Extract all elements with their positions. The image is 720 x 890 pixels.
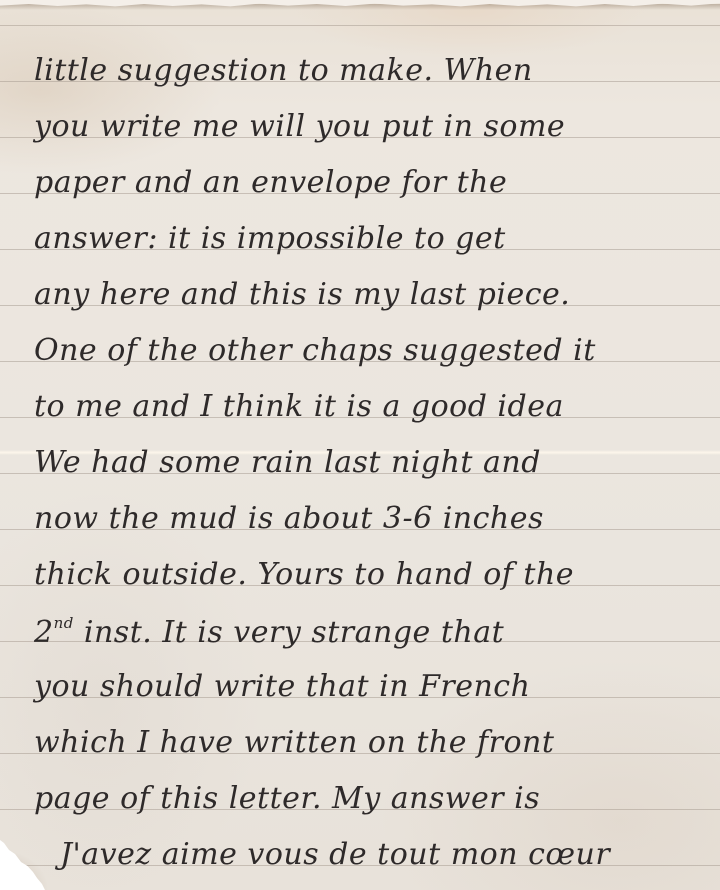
letter-line-13: which I have written on the front: [34, 728, 554, 758]
letter-line-8: We had some rain last night and: [34, 448, 541, 478]
letter-line-4: answer: it is impossible to get: [34, 224, 506, 254]
letter-line-5: any here and this is my last piece.: [34, 280, 570, 310]
letter-line-12: you should write that in French: [34, 672, 530, 702]
letter-line-14: page of this letter. My answer is: [34, 784, 540, 814]
letter-line-15: J'avez aime vous de tout mon cœur: [60, 840, 610, 870]
letter-line-11: 2nd inst. It is very strange that: [34, 616, 504, 648]
letter-line-3: paper and an envelope for the: [34, 168, 507, 198]
letter-line-2: you write me will you put in some: [34, 112, 565, 142]
letter-line-1: little suggestion to make. When: [34, 56, 533, 86]
letter-line-6: One of the other chaps suggested it: [34, 336, 596, 366]
letter-line-7: to me and I think it is a good idea: [34, 392, 564, 422]
letter-line-11-rest: inst. It is very strange that: [74, 615, 504, 650]
date-number: 2: [34, 615, 54, 650]
letter-page: little suggestion to make. When you writ…: [0, 0, 720, 890]
ruled-line: [0, 25, 720, 26]
date-ordinal-suffix: nd: [54, 614, 74, 632]
letter-line-9: now the mud is about 3-6 inches: [34, 504, 544, 534]
letter-line-10: thick outside. Yours to hand of the: [34, 560, 574, 590]
